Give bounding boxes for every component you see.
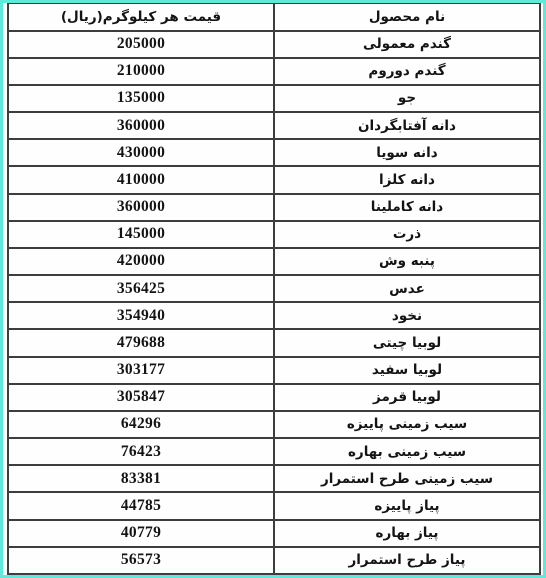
table-row: جو135000	[8, 85, 540, 112]
table-row: لوبیا قرمز305847	[8, 384, 540, 411]
product-name-cell: عدس	[274, 275, 540, 302]
product-name-cell: گندم دوروم	[274, 58, 540, 85]
table-row: گندم دوروم210000	[8, 58, 540, 85]
table-row: لوبیا چیتی479688	[8, 329, 540, 356]
price-cell: 83381	[8, 465, 274, 492]
price-cell: 360000	[8, 112, 274, 139]
table-row: ذرت145000	[8, 221, 540, 248]
table-row: پیاز بهاره40779	[8, 520, 540, 547]
product-name-cell: نخود	[274, 302, 540, 329]
price-cell: 430000	[8, 139, 274, 166]
table-row: دانه کلزا410000	[8, 166, 540, 193]
price-cell: 479688	[8, 329, 274, 356]
product-name-cell: سیب زمینی طرح استمرار	[274, 465, 540, 492]
table-row: نخود354940	[8, 302, 540, 329]
price-cell: 64296	[8, 411, 274, 438]
product-name-cell: لوبیا قرمز	[274, 384, 540, 411]
product-name-cell: گندم معمولی	[274, 31, 540, 58]
product-name-cell: پیاز طرح استمرار	[274, 547, 540, 574]
price-cell: 356425	[8, 275, 274, 302]
table-row: سیب زمینی بهاره76423	[8, 438, 540, 465]
product-name-cell: دانه سویا	[274, 139, 540, 166]
header-product-name: نام محصول	[274, 4, 540, 31]
table-header: نام محصول قیمت هر کیلوگرم(ریال)	[8, 4, 540, 31]
price-cell: 410000	[8, 166, 274, 193]
table-row: پیاز طرح استمرار56573	[8, 547, 540, 574]
product-name-cell: جو	[274, 85, 540, 112]
product-name-cell: دانه کلزا	[274, 166, 540, 193]
price-cell: 305847	[8, 384, 274, 411]
price-cell: 145000	[8, 221, 274, 248]
product-name-cell: لوبیا چیتی	[274, 329, 540, 356]
table-row: دانه سویا430000	[8, 139, 540, 166]
price-cell: 135000	[8, 85, 274, 112]
price-cell: 420000	[8, 248, 274, 275]
header-price-per-kg: قیمت هر کیلوگرم(ریال)	[8, 4, 274, 31]
product-name-cell: ذرت	[274, 221, 540, 248]
price-cell: 40779	[8, 520, 274, 547]
crop-price-table: نام محصول قیمت هر کیلوگرم(ریال) گندم معم…	[7, 3, 541, 575]
header-row: نام محصول قیمت هر کیلوگرم(ریال)	[8, 4, 540, 31]
product-name-cell: لوبیا سفید	[274, 357, 540, 384]
table-row: دانه کاملینا360000	[8, 194, 540, 221]
price-cell: 303177	[8, 357, 274, 384]
price-cell: 76423	[8, 438, 274, 465]
table-row: پیاز پاییزه44785	[8, 492, 540, 519]
table-row: پنبه وش420000	[8, 248, 540, 275]
price-cell: 354940	[8, 302, 274, 329]
product-name-cell: سیب زمینی بهاره	[274, 438, 540, 465]
table-row: دانه آفتابگردان360000	[8, 112, 540, 139]
product-name-cell: دانه کاملینا	[274, 194, 540, 221]
price-cell: 44785	[8, 492, 274, 519]
product-name-cell: سیب زمینی پاییزه	[274, 411, 540, 438]
price-cell: 205000	[8, 31, 274, 58]
price-cell: 360000	[8, 194, 274, 221]
product-name-cell: پنبه وش	[274, 248, 540, 275]
product-name-cell: دانه آفتابگردان	[274, 112, 540, 139]
product-name-cell: پیاز پاییزه	[274, 492, 540, 519]
table-row: گندم معمولی205000	[8, 31, 540, 58]
screenshot-frame: نام محصول قیمت هر کیلوگرم(ریال) گندم معم…	[0, 0, 546, 578]
table-row: لوبیا سفید303177	[8, 357, 540, 384]
product-name-cell: پیاز بهاره	[274, 520, 540, 547]
price-cell: 56573	[8, 547, 274, 574]
price-cell: 210000	[8, 58, 274, 85]
table-row: سیب زمینی پاییزه64296	[8, 411, 540, 438]
table-body: گندم معمولی205000گندم دوروم210000جو13500…	[8, 31, 540, 575]
table-row: عدس356425	[8, 275, 540, 302]
table-row: سیب زمینی طرح استمرار83381	[8, 465, 540, 492]
